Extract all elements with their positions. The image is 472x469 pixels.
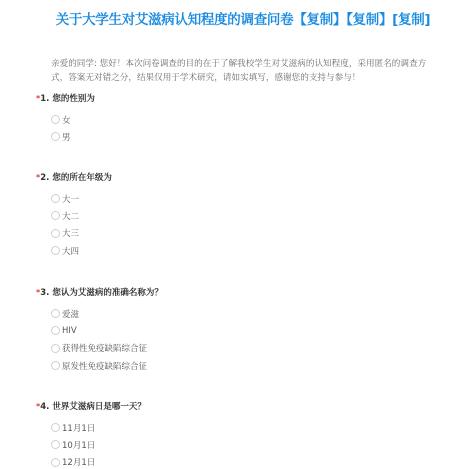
option-freshman[interactable]: 大一 xyxy=(51,190,112,207)
question-1: *1. 您的性别为 女 男 xyxy=(36,93,95,146)
radio-button[interactable] xyxy=(51,194,60,203)
radio-button[interactable] xyxy=(51,132,60,141)
option-label: 11月1日 xyxy=(62,422,95,434)
radio-button[interactable] xyxy=(51,344,60,353)
question-text: 您的所在年级为 xyxy=(52,173,112,183)
question-2: *2. 您的所在年级为 大一 大二 大三 大四 xyxy=(36,172,112,259)
option-label: 获得性免疫缺陷综合征 xyxy=(62,342,147,354)
option-primary-immunodeficiency[interactable]: 原发性免疫缺陷综合征 xyxy=(51,357,163,374)
option-label: 12月1日 xyxy=(62,456,95,468)
question-title: *3. 您认为艾滋病的准确名称为？ xyxy=(36,287,163,304)
option-group: 爱滋 HIV 获得性免疫缺陷综合征 原发性免疫缺陷综合征 xyxy=(51,305,163,374)
option-label: 女 xyxy=(62,114,71,126)
survey-intro: 亲爱的同学: 您好！本次问卷调查的目的在于了解我校学生对艾滋病的认知程度，采用匿… xyxy=(51,57,436,85)
radio-button[interactable] xyxy=(51,309,60,318)
option-hiv[interactable]: HIV xyxy=(51,322,163,339)
option-aizi[interactable]: 爱滋 xyxy=(51,305,163,322)
option-label: 大三 xyxy=(62,227,79,239)
radio-button[interactable] xyxy=(51,211,60,220)
question-title: *4. 世界艾滋病日是哪一天？ xyxy=(36,401,146,418)
question-number: 3. xyxy=(40,288,49,298)
option-senior[interactable]: 大四 xyxy=(51,242,112,259)
question-number: 1. xyxy=(40,94,49,104)
question-text: 您的性别为 xyxy=(52,94,95,104)
question-3: *3. 您认为艾滋病的准确名称为？ 爱滋 HIV 获得性免疫缺陷综合征 原发性免… xyxy=(36,287,163,374)
option-nov-1[interactable]: 11月1日 xyxy=(51,419,146,436)
option-label: 原发性免疫缺陷综合征 xyxy=(62,360,147,372)
option-dec-1[interactable]: 12月1日 xyxy=(51,454,146,469)
option-label: HIV xyxy=(62,326,77,336)
radio-button[interactable] xyxy=(51,115,60,124)
question-text: 世界艾滋病日是哪一天？ xyxy=(52,402,146,412)
radio-button[interactable] xyxy=(51,361,60,370)
radio-button[interactable] xyxy=(51,326,60,335)
option-label: 男 xyxy=(62,131,71,143)
question-title: *1. 您的性别为 xyxy=(36,93,95,110)
question-title: *2. 您的所在年级为 xyxy=(36,172,112,189)
option-group: 11月1日 10月1日 12月1日 xyxy=(51,419,146,469)
survey-title: 关于大学生对艾滋病认知程度的调查问卷【复制】【复制】[复制] xyxy=(0,8,472,28)
option-oct-1[interactable]: 10月1日 xyxy=(51,436,146,453)
question-text: 您认为艾滋病的准确名称为？ xyxy=(52,288,163,298)
radio-button[interactable] xyxy=(51,423,60,432)
option-label: 大一 xyxy=(62,193,79,205)
option-acquired-immunodeficiency[interactable]: 获得性免疫缺陷综合征 xyxy=(51,340,163,357)
option-group: 大一 大二 大三 大四 xyxy=(51,190,112,259)
radio-button[interactable] xyxy=(51,246,60,255)
radio-button[interactable] xyxy=(51,440,60,449)
option-male[interactable]: 男 xyxy=(51,128,95,145)
question-number: 2. xyxy=(40,173,49,183)
option-sophomore[interactable]: 大二 xyxy=(51,207,112,224)
question-4: *4. 世界艾滋病日是哪一天？ 11月1日 10月1日 12月1日 xyxy=(36,401,146,469)
radio-button[interactable] xyxy=(51,229,60,238)
radio-button[interactable] xyxy=(51,458,60,467)
option-group: 女 男 xyxy=(51,111,95,146)
survey-page: 关于大学生对艾滋病认知程度的调查问卷【复制】【复制】[复制] 亲爱的同学: 您好… xyxy=(0,0,472,469)
option-label: 大四 xyxy=(62,245,79,257)
option-label: 大二 xyxy=(62,210,79,222)
option-female[interactable]: 女 xyxy=(51,111,95,128)
option-junior[interactable]: 大三 xyxy=(51,225,112,242)
option-label: 爱滋 xyxy=(62,308,79,320)
option-label: 10月1日 xyxy=(62,439,95,451)
question-number: 4. xyxy=(40,402,49,412)
